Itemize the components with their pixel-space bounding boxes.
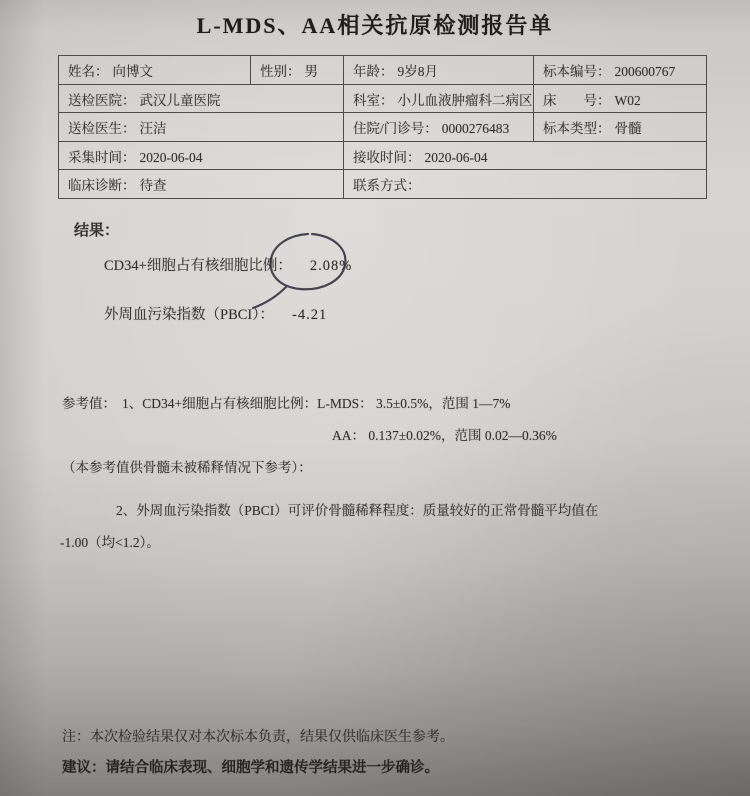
cell-collection-time: 采集时间：2020-06-04 xyxy=(59,141,344,170)
reference-line-1: 参考值：1、CD34+细胞占有核细胞比例：L-MDS： 3.5±0.5%，范围 … xyxy=(62,392,511,412)
result-pbci-line: 外周血污染指数（PBCI）：-4.21 xyxy=(104,303,327,324)
report-photo: L-MDS、AA相关抗原检测报告单 姓名：向博文 性别：男 年龄：9岁8月 标本… xyxy=(0,0,750,796)
table-row-4: 采集时间：2020-06-04 接收时间：2020-06-04 xyxy=(59,141,707,170)
result-pbci-label: 外周血污染指数（PBCI）： xyxy=(104,307,274,323)
contact-label: 联系方式： xyxy=(353,178,421,193)
reference-cd34-text: 1、CD34+细胞占有核细胞比例：L-MDS： 3.5±0.5%，范围 1—7% xyxy=(122,396,511,411)
cell-receive-time: 接收时间：2020-06-04 xyxy=(344,141,707,170)
admission-number-value: 0000276483 xyxy=(442,121,510,136)
cell-name: 姓名：向博文 xyxy=(59,56,251,85)
reference-line-3: 2、外周血污染指数（PBCI）可评价骨髓稀释程度：质量较好的正常骨髓平均值在 xyxy=(116,499,598,519)
table-row-3: 送检医生：汪洁 住院/门诊号：0000276483 标本类型：骨髓 xyxy=(59,113,707,142)
result-cd34-value: 2.08% xyxy=(310,258,352,274)
table-row-2: 送检医院：武汉儿童医院 科室：小儿血液肿瘤科二病区 床 号：W02 xyxy=(59,84,707,113)
receive-time-label: 接收时间： xyxy=(353,150,421,165)
reference-line-4: -1.00（均<1.2）。 xyxy=(60,531,160,551)
table-row-1: 姓名：向博文 性别：男 年龄：9岁8月 标本编号：200600767 xyxy=(59,56,707,85)
reference-line-2: AA： 0.137±0.02%，范围 0.02—0.36% xyxy=(332,424,557,444)
result-cd34-label: CD34+细胞占有核细胞比例： xyxy=(104,258,292,274)
specimen-type-label: 标本类型： xyxy=(543,121,611,136)
specimen-id-label: 标本编号： xyxy=(543,64,611,79)
gender-value: 男 xyxy=(305,64,319,79)
result-cd34-line: CD34+细胞占有核细胞比例：2.08% xyxy=(104,254,352,275)
hospital-label: 送检医院： xyxy=(68,93,136,108)
cell-gender: 性别：男 xyxy=(251,56,344,85)
doctor-label: 送检医生： xyxy=(68,121,136,136)
result-pbci-value: -4.21 xyxy=(292,307,327,323)
bed-number-label: 床 号： xyxy=(543,93,611,108)
clinical-diagnosis-label: 临床诊断： xyxy=(68,178,136,193)
specimen-id-value: 200600767 xyxy=(615,64,676,79)
cell-department: 科室：小儿血液肿瘤科二病区 xyxy=(344,84,534,113)
department-value: 小儿血液肿瘤科二病区 xyxy=(398,93,533,108)
receive-time-value: 2020-06-04 xyxy=(425,150,488,165)
cell-specimen-id: 标本编号：200600767 xyxy=(534,56,707,85)
collection-time-label: 采集时间： xyxy=(68,150,136,165)
reference-note: （本参考值供骨髓未被稀释情况下参考）： xyxy=(62,456,312,476)
hospital-value: 武汉儿童医院 xyxy=(140,93,221,108)
department-label: 科室： xyxy=(353,93,394,108)
name-value: 向博文 xyxy=(113,64,154,79)
footer-suggestion: 建议：请结合临床表现、细胞学和遗传学结果进一步确诊。 xyxy=(62,756,439,777)
footer-note: 注：本次检验结果仅对本次标本负责，结果仅供临床医生参考。 xyxy=(62,726,454,746)
clinical-diagnosis-value: 待查 xyxy=(140,178,167,193)
cell-bed-number: 床 号：W02 xyxy=(534,84,707,113)
name-label: 姓名： xyxy=(68,64,109,79)
specimen-type-value: 骨髓 xyxy=(615,121,642,136)
age-value: 9岁8月 xyxy=(398,64,439,79)
patient-info-table: 姓名：向博文 性别：男 年龄：9岁8月 标本编号：200600767 送检医院：… xyxy=(58,55,707,199)
cell-contact: 联系方式： xyxy=(344,170,707,199)
cell-admission-number: 住院/门诊号：0000276483 xyxy=(344,113,534,142)
cell-specimen-type: 标本类型：骨髓 xyxy=(534,113,707,142)
cell-doctor: 送检医生：汪洁 xyxy=(59,113,344,142)
cell-hospital: 送检医院：武汉儿童医院 xyxy=(59,84,344,113)
admission-number-label: 住院/门诊号： xyxy=(353,121,438,136)
gender-label: 性别： xyxy=(260,64,301,79)
report-title: L-MDS、AA相关抗原检测报告单 xyxy=(0,9,750,40)
results-heading: 结果： xyxy=(74,219,119,240)
table-row-5: 临床诊断：待查 联系方式： xyxy=(59,170,707,199)
bed-number-value: W02 xyxy=(615,93,641,108)
age-label: 年龄： xyxy=(353,64,394,79)
collection-time-value: 2020-06-04 xyxy=(140,150,203,165)
cell-clinical-diagnosis: 临床诊断：待查 xyxy=(59,170,344,199)
reference-heading: 参考值： xyxy=(62,396,116,411)
cell-age: 年龄：9岁8月 xyxy=(344,56,534,85)
doctor-value: 汪洁 xyxy=(140,121,167,136)
